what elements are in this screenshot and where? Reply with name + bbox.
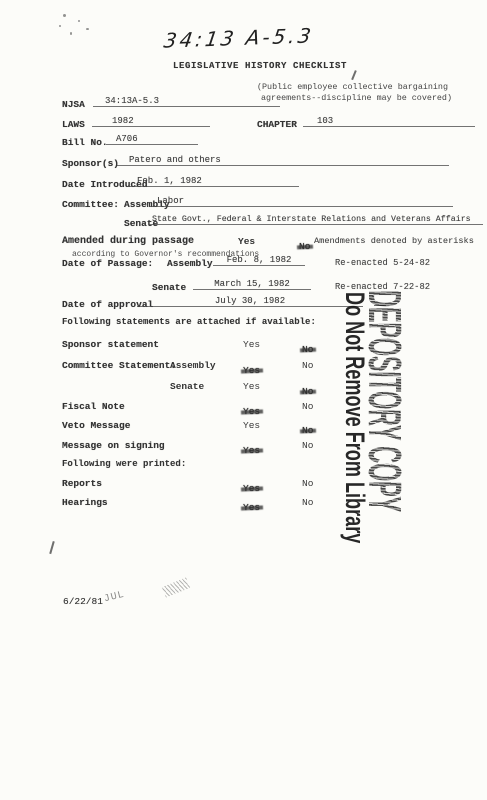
- laws-value: 1982: [92, 116, 210, 127]
- njsa-label: NJSA: [62, 99, 85, 110]
- scanned-document-page: 34:13 A-5.3 LEGISLATIVE HISTORY CHECKLIS…: [0, 0, 487, 800]
- checklist-row-sponsor-statement: Sponsor statement Yes No: [62, 339, 482, 353]
- passage-label: Date of Passage:: [62, 258, 153, 269]
- scan-speck: [70, 32, 72, 35]
- njsa-value: 34:13A-5.3: [93, 96, 280, 107]
- passage-assembly-value: Feb. 8, 1982: [213, 255, 305, 266]
- checklist-row-hearings: Hearings Yes No: [62, 497, 482, 511]
- subject-note: (Public employee collective bargaining a…: [257, 82, 452, 104]
- passage-senate-value: March 15, 1982: [193, 279, 311, 290]
- committee-senate-value: State Govt., Federal & Interstate Relati…: [149, 215, 483, 225]
- sponsors-value: Patero and others: [117, 155, 449, 166]
- laws-label: LAWS: [62, 119, 85, 130]
- scan-speck: [78, 20, 80, 22]
- pen-mark: [351, 70, 356, 80]
- date-introduced-value: Feb. 1, 1982: [127, 176, 299, 187]
- scan-speck: [59, 25, 61, 27]
- handwritten-citation: 34:13 A-5.3: [162, 23, 315, 52]
- scan-speck: [63, 14, 66, 17]
- committee-label: Committee:: [62, 199, 119, 210]
- passage-senate-label: Senate: [152, 282, 186, 293]
- checklist-row-message-on-signing: Message on signing Yes No: [62, 440, 482, 454]
- checklist-row-fiscal-note: Fiscal Note Yes No: [62, 401, 482, 415]
- amended-note: Amendments denoted by asterisks: [314, 236, 474, 246]
- amended-no: No: [299, 241, 310, 252]
- checklist-row-reports: Reports Yes No: [62, 478, 482, 492]
- subject-note-line1: (Public employee collective bargaining: [257, 82, 452, 93]
- checklist-row-committee-senate: Senate Yes No: [62, 381, 482, 395]
- subject-note-line2: agreements--discipline may be covered): [257, 93, 452, 104]
- footer-month-stamp: JUL: [103, 590, 126, 606]
- scan-speck: [86, 28, 89, 30]
- depository-stamp-warning: Do Not Remove From Library: [341, 292, 368, 543]
- stamp-smudge: [162, 578, 190, 598]
- date-approval-value: July 30, 1982: [137, 296, 363, 307]
- footer-date: 6/22/81: [63, 596, 103, 607]
- printed-intro: Following were printed:: [62, 459, 186, 469]
- checklist-intro: Following statements are attached if ava…: [62, 317, 316, 327]
- amended-label: Amended during passage: [62, 236, 194, 247]
- sponsors-label: Sponsor(s): [62, 158, 119, 169]
- chapter-value: 103: [303, 116, 475, 127]
- document-title: LEGISLATIVE HISTORY CHECKLIST: [120, 61, 400, 71]
- committee-assembly-value: Labor: [149, 196, 453, 207]
- checklist-row-veto-message: Veto Message Yes No: [62, 420, 482, 434]
- passage-assembly-note: Re-enacted 5-24-82: [335, 258, 430, 268]
- checklist-row-committee-assembly: Committee Statement: Assembly Yes No: [62, 360, 482, 374]
- chapter-label: CHAPTER: [257, 119, 297, 130]
- amended-yes: Yes: [238, 236, 255, 247]
- passage-assembly-label: Assembly: [167, 258, 213, 269]
- pen-mark: [49, 541, 54, 554]
- bill-no-label: Bill No.: [62, 137, 108, 148]
- bill-no-value: A706: [106, 134, 198, 145]
